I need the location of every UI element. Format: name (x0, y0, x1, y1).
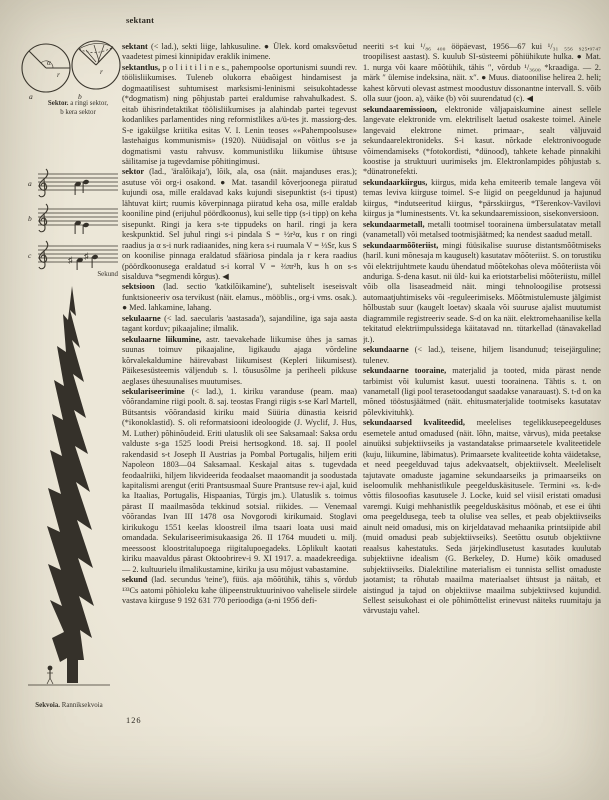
entry-term: sekundaarne (363, 345, 415, 354)
dictionary-entry: sektor (lad., 'äralõikaja'), lõik, ala, … (122, 167, 357, 282)
sector-figure-caption: Sektor. a ringi sektor, b kera sektor (28, 100, 128, 117)
sharp-icon: ♯ (68, 255, 73, 265)
dictionary-entry: sekulariseerimine (< lad.), 1. kiriku va… (122, 387, 357, 575)
dictionary-entry: sektantlus, p o l i i t i l i n e s., pa… (122, 63, 357, 168)
treble-clef-icon (39, 204, 48, 232)
entry-term: sekulaarne (122, 314, 164, 323)
running-header: sektant (126, 15, 154, 25)
dictionary-entry: sekulaarne (< lad. saecularis 'aastasada… (122, 314, 357, 335)
entry-term: sekundaarmõõteriist, (363, 241, 443, 250)
staff-c-illustration: c ♯ ♯ (26, 236, 120, 272)
dictionary-entry: sekulaarne liikumine, astr. taevakehade … (122, 335, 357, 387)
entry-term: sekulariseerimine (122, 387, 192, 396)
entry-term: sekulaarne liikumine, (122, 335, 206, 344)
sharp-icon: ♯ (84, 251, 89, 261)
staff-a-label: a (28, 179, 32, 188)
dictionary-entry: sektsioon (lad. sectio 'katkilõikamine')… (122, 282, 357, 313)
dictionary-entry: sektant (< lad.), sekti liige, lahkusuli… (122, 42, 357, 63)
caption-term: Sektor. (48, 100, 69, 107)
dictionary-entry: sekundaaremissioon, elektronide väljapai… (363, 105, 601, 178)
entry-term: sekundaarne tooraine, (363, 366, 452, 375)
dictionary-entry: neeriti s-t kui ¹/₈₆ ₄₀₀ ööpäevast, 1956… (363, 42, 601, 105)
treble-clef-icon (39, 241, 48, 269)
staff-b-illustration: b (26, 201, 120, 235)
radius-label-b: r (100, 67, 103, 76)
sekund-music-figure: a b c (26, 166, 120, 270)
staff-c-label: c (28, 251, 32, 260)
entry-term: sektor (122, 167, 149, 176)
dictionary-entry: sekund (lad. secundus 'teine'), füüs. aj… (122, 575, 357, 606)
page-number: 126 (126, 716, 142, 725)
entry-term: sektsioon (122, 282, 163, 291)
dictionary-entry: sekundaarmetall, metalli tootmisel toora… (363, 220, 601, 241)
radius-label: r (57, 70, 60, 79)
caption-term: Sekvoia. (35, 702, 60, 709)
treble-clef-icon (39, 169, 48, 197)
sector-figure: α r a r b (16, 32, 122, 102)
dictionary-entry: sekundaarmõõteriist, mingi füüsikalise s… (363, 241, 601, 346)
entry-term: sektantlus, (122, 63, 162, 72)
caption-text: Sekund (97, 271, 118, 278)
text-column-right: neeriti s-t kui ¹/₈₆ ₄₀₀ ööpäevast, 1956… (363, 42, 601, 710)
book-page: sektant α r a r b Sektor. a ringi sektor… (0, 0, 609, 800)
dictionary-entry: sekundaarsed kvaliteedid, meelelises teg… (363, 418, 601, 617)
caption-text: Ranniksekvoia (60, 702, 103, 709)
entry-term: sektant (122, 42, 151, 51)
dictionary-entry: sekundaarkiirgus, kiirgus, mida keha emi… (363, 178, 601, 220)
sekvoia-figure-caption: Sekvoia. Ranniksekvoia (10, 702, 128, 711)
alpha-label: α (47, 58, 52, 67)
sequoia-tree-illustration (20, 282, 116, 700)
sector-diagram-illustration: α r a r b (16, 32, 122, 102)
text-column-left: sektant (< lad.), sekti liige, lahkusuli… (122, 42, 357, 716)
entry-term: sekundaarmetall, (363, 220, 428, 229)
dictionary-entry: sekundaarne (< lad.), teisene, hiljem li… (363, 345, 601, 366)
staff-b-label: b (28, 214, 32, 223)
sekvoia-figure (20, 282, 116, 700)
scale-person-figure (47, 666, 53, 684)
caption-line2: b kera sektor (60, 109, 96, 116)
sekund-figure-caption: Sekund (58, 271, 118, 280)
entry-term: sekundaarkiirgus, (363, 178, 431, 187)
entry-term: sekundaarsed kvaliteedid, (363, 418, 477, 427)
entry-term: sekundaaremissioon, (363, 105, 445, 114)
staff-a-illustration: a (26, 166, 120, 200)
caption-text: a ringi sektor, (69, 100, 109, 107)
entry-term: sekund (122, 575, 151, 584)
dictionary-entry: sekundaarne tooraine, materjalid ja toot… (363, 366, 601, 418)
